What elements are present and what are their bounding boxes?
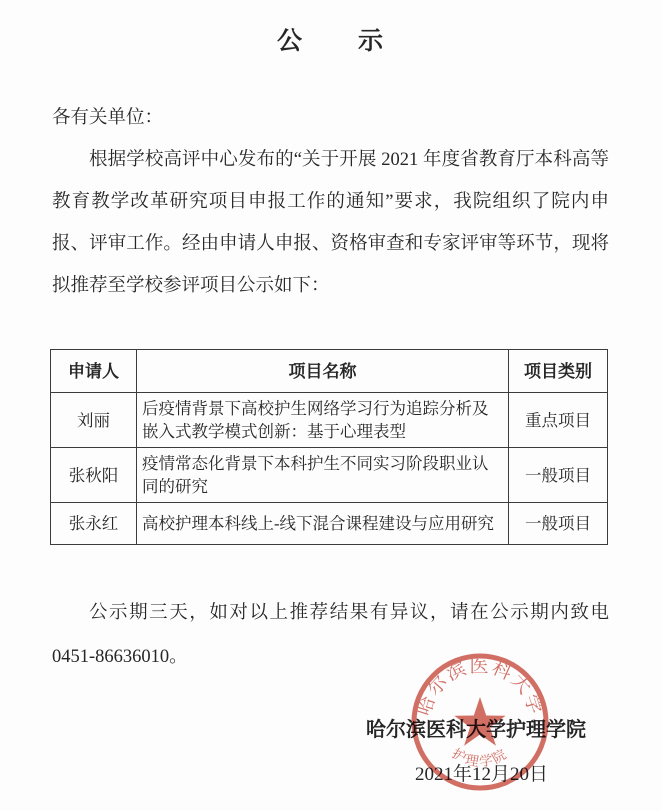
issuer-signature: 哈尔滨医科大学护理学院 bbox=[0, 715, 586, 745]
intro-paragraph: 根据学校高评中心发布的“关于开展 2021 年度省教育厅本科高等教育教学改革研究… bbox=[52, 139, 609, 307]
page-title: 公 示 bbox=[0, 0, 662, 59]
applicant-name: 张秋阳 bbox=[51, 448, 137, 503]
salutation: 各有关单位： bbox=[52, 97, 609, 139]
project-category: 一般项目 bbox=[509, 448, 608, 503]
project-category: 一般项目 bbox=[509, 503, 608, 545]
project-title: 高校护理本科线上-线下混合课程建设与应用研究 bbox=[137, 503, 509, 545]
table-row: 张秋阳 疫情常态化背景下本科护生不同实习阶段职业认同的研究 一般项目 bbox=[51, 448, 608, 503]
col-header-project-name: 项目名称 bbox=[137, 350, 509, 393]
table-row: 刘丽 后疫情背景下高校护生网络学习行为追踪分析及嵌入式教学模式创新：基于心理表型… bbox=[51, 393, 608, 448]
applicant-name: 张永红 bbox=[51, 503, 137, 545]
project-title: 后疫情背景下高校护生网络学习行为追踪分析及嵌入式教学模式创新：基于心理表型 bbox=[137, 393, 509, 448]
applicant-name: 刘丽 bbox=[51, 393, 137, 448]
col-header-project-category: 项目类别 bbox=[509, 350, 608, 393]
project-category: 重点项目 bbox=[509, 393, 608, 448]
project-title: 疫情常态化背景下本科护生不同实习阶段职业认同的研究 bbox=[137, 448, 509, 503]
table-row: 张永红 高校护理本科线上-线下混合课程建设与应用研究 一般项目 bbox=[51, 503, 608, 545]
table-header-row: 申请人 项目名称 项目类别 bbox=[51, 350, 608, 393]
issue-date: 2021年12月20日 bbox=[0, 761, 548, 789]
projects-table: 申请人 项目名称 项目类别 刘丽 后疫情背景下高校护生网络学习行为追踪分析及嵌入… bbox=[50, 349, 608, 545]
notice-document: 公 示 各有关单位： 根据学校高评中心发布的“关于开展 2021 年度省教育厅本… bbox=[0, 0, 662, 811]
col-header-applicant: 申请人 bbox=[51, 350, 137, 393]
closing-paragraph: 公示期三天，如对以上推荐结果有异议，请在公示期内致电0451-86636010。 bbox=[52, 591, 609, 679]
